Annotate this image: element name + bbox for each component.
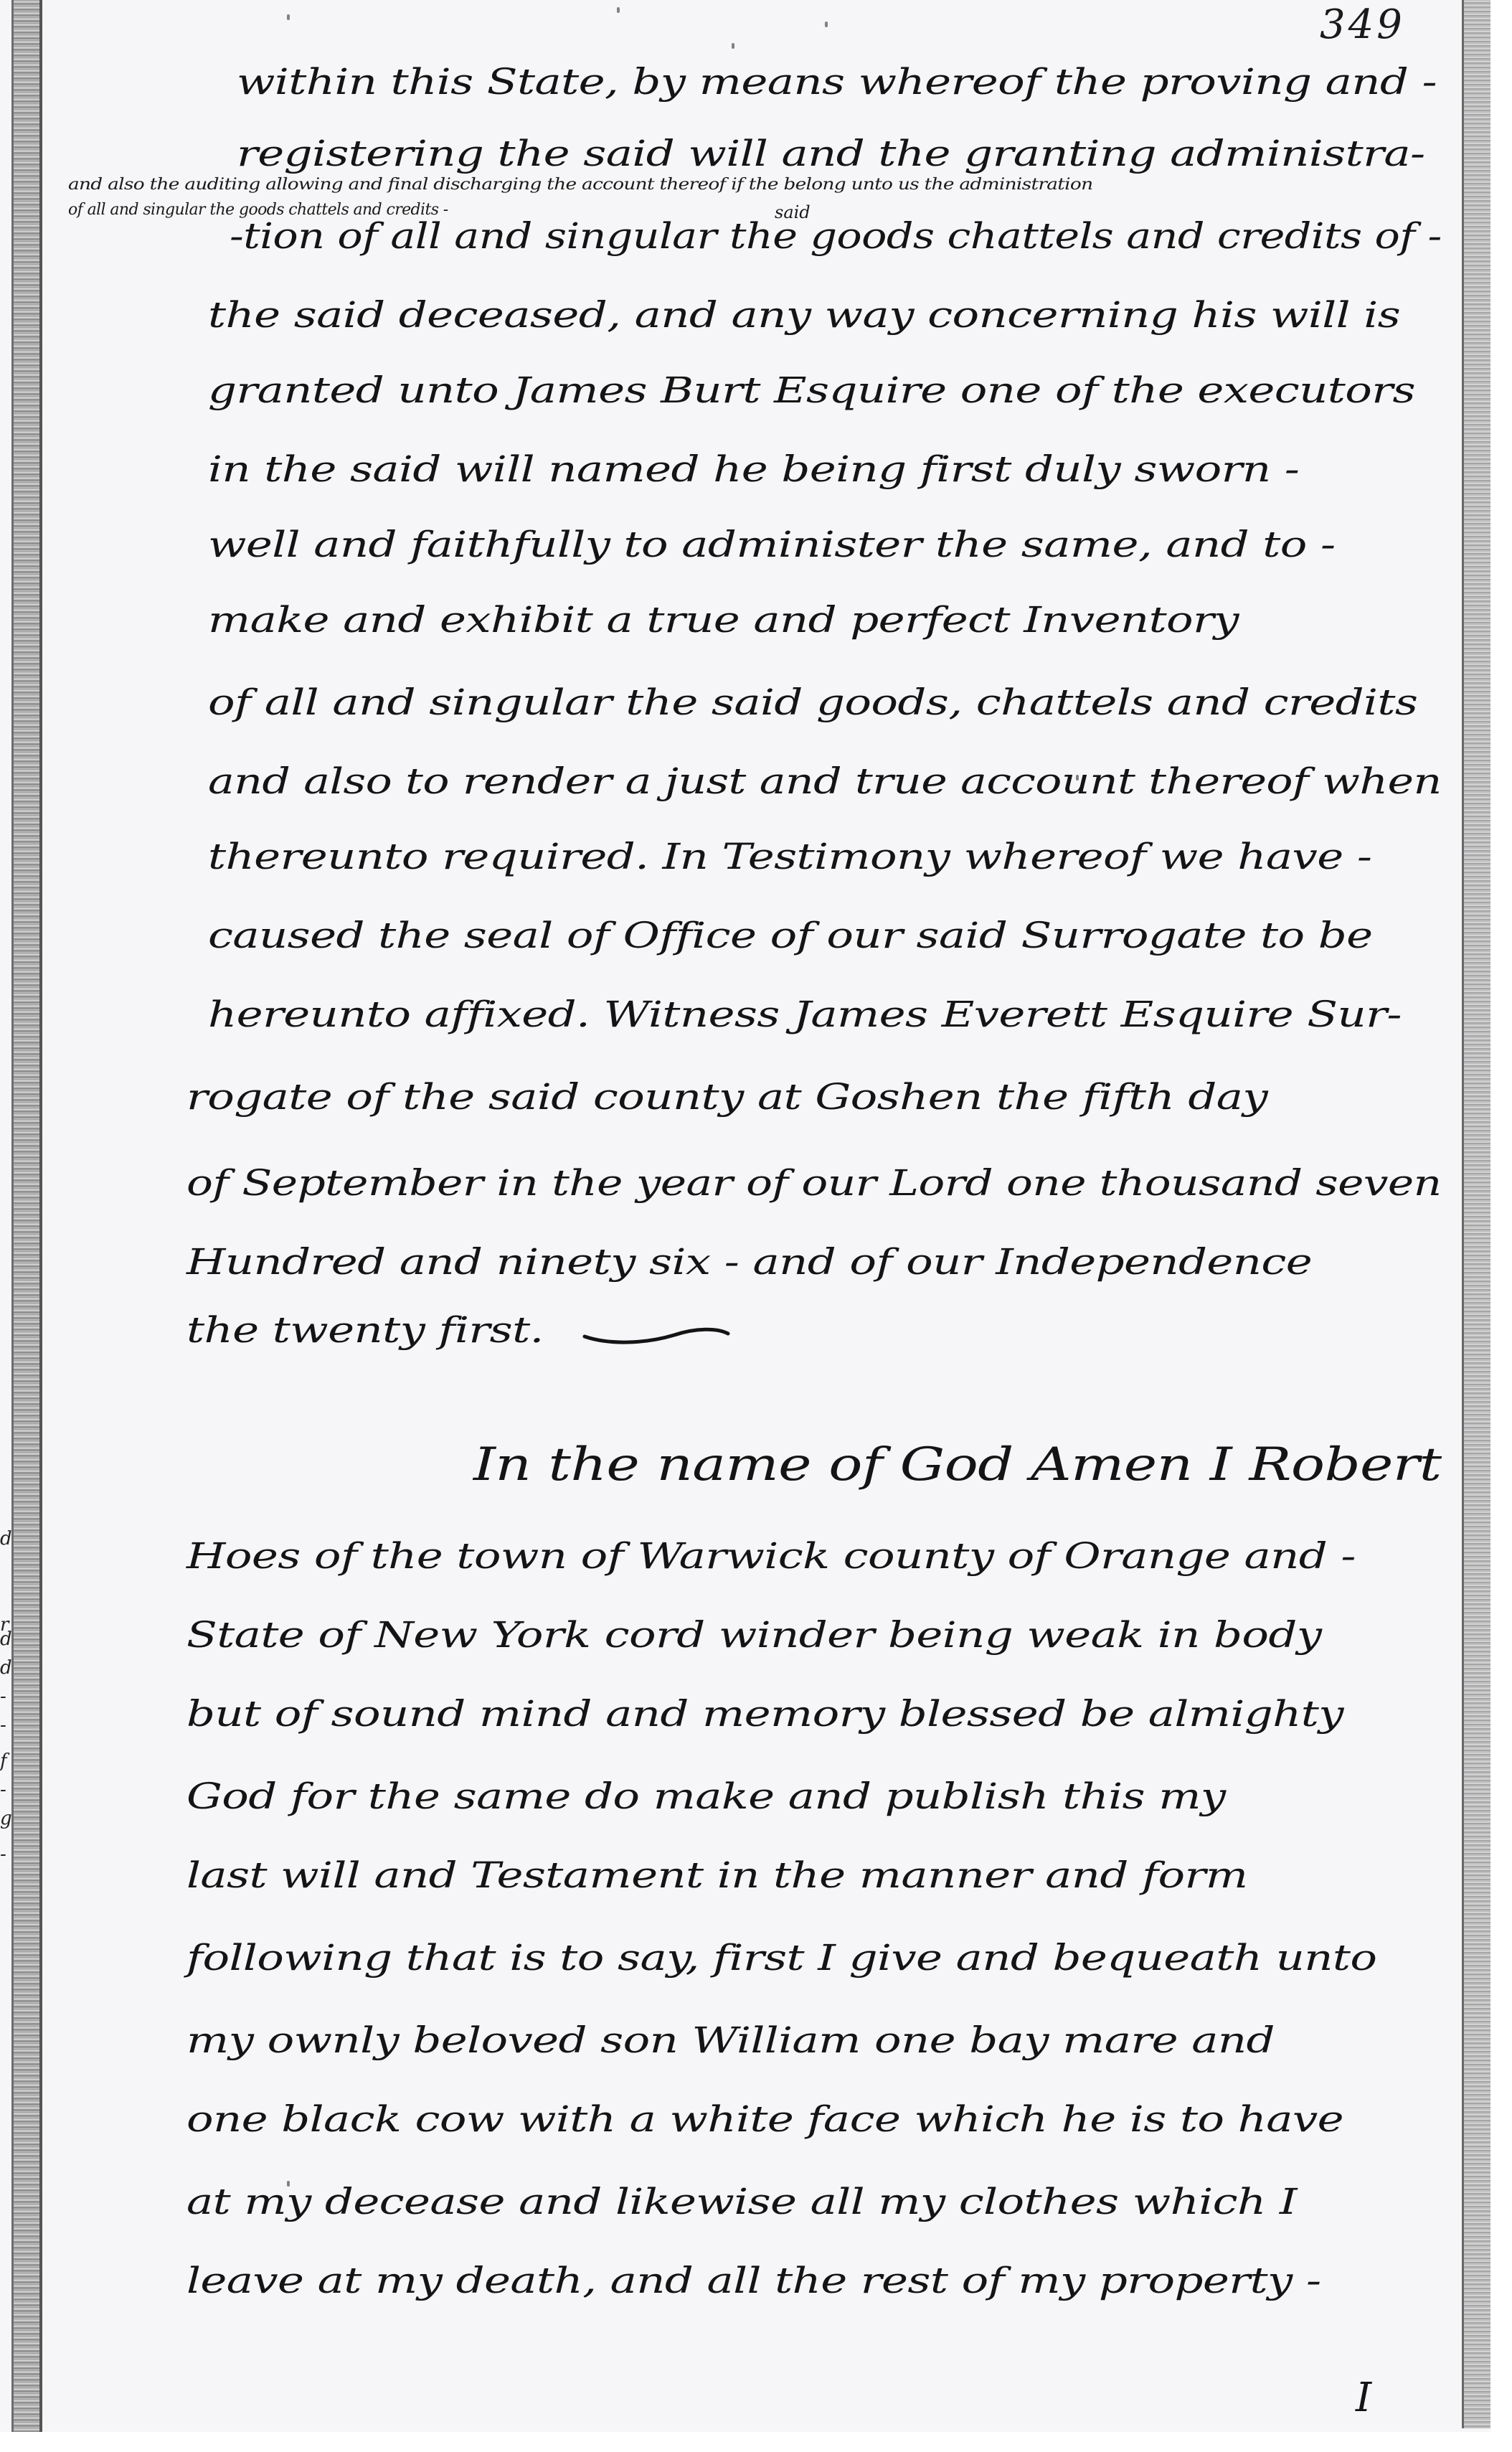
- left-margin-marks: d r d d - - f - g -: [0, 1506, 11, 2439]
- scan-background-bottom: [0, 2432, 1512, 2452]
- text-line: one black cow with a white face which he…: [186, 2098, 1343, 2140]
- right-page-edge: [1462, 0, 1491, 2428]
- scan-background-right: [1490, 0, 1512, 2452]
- text-line: make and exhibit a true and perfect Inve…: [208, 599, 1239, 641]
- scan-speck: [617, 7, 620, 13]
- text-line: thereunto required. In Testimony whereof…: [208, 836, 1371, 877]
- will-heading: In the name of God Amen I Robert: [473, 1438, 1442, 1491]
- text-line: well and faithfully to administer the sa…: [208, 524, 1335, 565]
- text-line: -tion of all and singular the goods chat…: [230, 215, 1442, 257]
- marginal-note-line-1: and also the auditing allowing and final…: [68, 176, 1092, 194]
- margin-mark: -: [0, 1844, 6, 1865]
- text-line: in the said will named he being first du…: [208, 448, 1299, 490]
- text-line: granted unto James Burt Esquire one of t…: [208, 369, 1415, 411]
- text-line: the twenty first.: [186, 1309, 544, 1351]
- text-line: Hundred and ninety six - and of our Inde…: [186, 1241, 1312, 1283]
- text-line: registering the said will and the granti…: [237, 133, 1425, 174]
- text-line: State of New York cord winder being weak…: [186, 1614, 1321, 1656]
- margin-mark: -: [0, 1715, 6, 1736]
- text-line: Hoes of the town of Warwick county of Or…: [186, 1535, 1356, 1577]
- text-line: of September in the year of our Lord one…: [186, 1162, 1442, 1204]
- scan-speck: [1076, 775, 1079, 781]
- catchword: I: [1356, 2375, 1371, 2421]
- text-line: of all and singular the said goods, chat…: [208, 682, 1417, 723]
- manuscript-page: [0, 0, 1512, 2432]
- closing-flourish: [581, 1324, 732, 1345]
- text-line: the said deceased, and any way concernin…: [208, 294, 1400, 336]
- margin-mark: d: [0, 1628, 12, 1650]
- margin-mark: -: [0, 1686, 6, 1707]
- page-number: 349: [1320, 1, 1405, 48]
- scan-speck: [732, 43, 734, 49]
- scan-speck: [287, 2181, 290, 2187]
- scan-speck: [287, 14, 290, 20]
- margin-mark: f: [0, 1750, 7, 1772]
- text-line: following that is to say, first I give a…: [186, 1937, 1376, 1979]
- margin-mark: -: [0, 1779, 6, 1801]
- margin-mark: g: [0, 1808, 12, 1829]
- text-line: caused the seal of Office of our said Su…: [208, 915, 1372, 956]
- margin-mark: d: [0, 1528, 12, 1550]
- text-line: my ownly beloved son William one bay mar…: [186, 2019, 1275, 2061]
- text-line: leave at my death, and all the rest of m…: [186, 2260, 1320, 2301]
- text-line: but of sound mind and memory blessed be …: [186, 1693, 1343, 1735]
- text-line: and also to render a just and true accou…: [208, 760, 1442, 802]
- text-line: God for the same do make and publish thi…: [186, 1776, 1226, 1817]
- text-line: at my decease and likewise all my clothe…: [186, 2181, 1297, 2222]
- text-line: rogate of the said county at Goshen the …: [186, 1076, 1267, 1118]
- text-line: last will and Testament in the manner an…: [186, 1854, 1247, 1896]
- left-binding-edge: [11, 0, 42, 2432]
- margin-mark: d: [0, 1657, 12, 1679]
- text-line: hereunto affixed. Witness James Everett …: [208, 994, 1402, 1035]
- text-line: within this State, by means whereof the …: [237, 61, 1437, 103]
- scan-speck: [825, 22, 828, 27]
